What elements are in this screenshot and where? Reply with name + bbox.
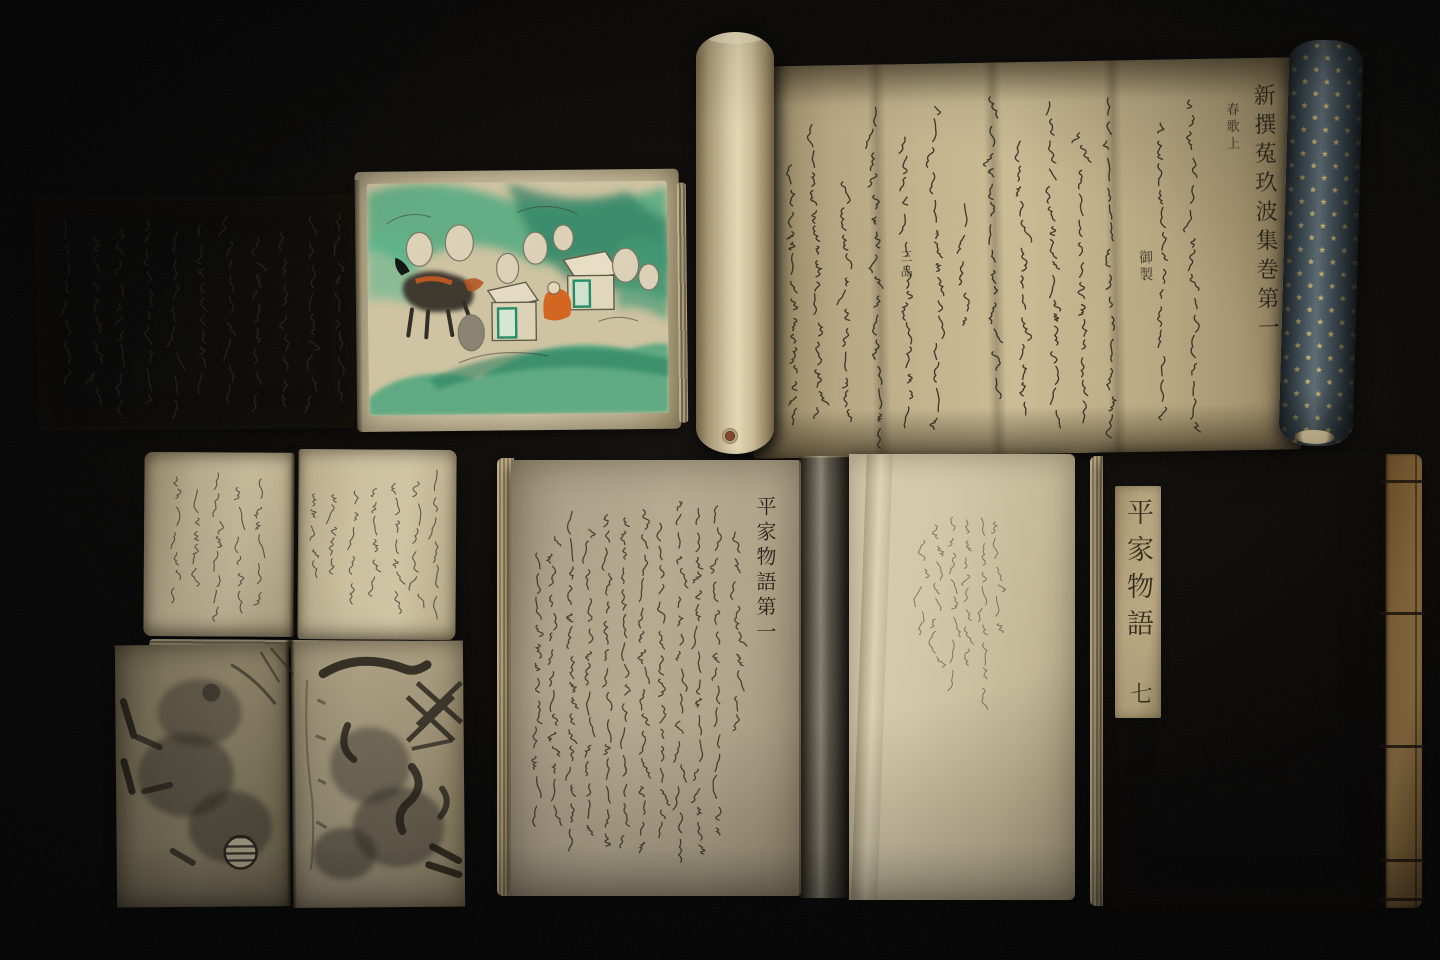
- binding-groove: [1415, 454, 1417, 908]
- stitch-thread: [1379, 612, 1425, 615]
- page-calligraphy: [35, 194, 355, 431]
- title-slip: 平家物語 七: [1115, 486, 1161, 718]
- volume-label: 七: [1128, 682, 1150, 704]
- photograph: 新撰菟玖波集巻第一 春歌上 御製 三品: [0, 0, 1440, 960]
- scroll-section-label: 御製: [1138, 250, 1153, 284]
- painting-page: [355, 169, 682, 432]
- stab-binding: [1385, 454, 1422, 908]
- book-cover: 平家物語 七: [1101, 452, 1393, 910]
- heike-closed-volume: 平家物語 七: [1090, 452, 1428, 910]
- cylinder-shading: [1278, 39, 1363, 447]
- title-slip-text: 平家物語: [1124, 498, 1151, 646]
- page-edges: [677, 183, 689, 423]
- fold-crease: [851, 454, 893, 901]
- roller-core: [722, 428, 738, 444]
- print-left-page: [115, 644, 291, 908]
- scroll-patterned-cover: [1278, 39, 1363, 447]
- scroll-section-label: 春歌上: [1224, 102, 1238, 153]
- illustrated-book: [29, 177, 688, 440]
- heike-heading: 平家物語第一: [755, 496, 775, 646]
- stitch-thread: [1379, 480, 1425, 483]
- scroll-title: 新撰菟玖波集巻第一: [1251, 84, 1278, 345]
- binding-groove: [1383, 454, 1386, 908]
- small-notebook: [139, 446, 462, 646]
- print-right-page: [291, 640, 465, 907]
- heike-open-volume: 平家物語第一: [497, 452, 1082, 902]
- scroll-roller-end: [696, 32, 774, 454]
- center-fold: [799, 456, 851, 898]
- paper-crease: [983, 62, 1008, 454]
- painting: [367, 181, 669, 416]
- book-gutter: [347, 180, 364, 432]
- calligraphy-page: [35, 194, 355, 431]
- stitch-thread: [1379, 898, 1425, 901]
- scroll-paper: 新撰菟玖波集巻第一 春歌上 御製 三品: [747, 57, 1302, 459]
- painting-art: [367, 181, 669, 416]
- stitch-thread: [1379, 745, 1425, 748]
- paper-crease: [867, 64, 892, 456]
- scroll-calligraphy: [747, 57, 1302, 459]
- handscroll: 新撰菟玖波集巻第一 春歌上 御製 三品: [694, 28, 1362, 458]
- heike-right-page: [849, 454, 1075, 900]
- stitch-thread: [1379, 859, 1425, 862]
- woodblock-booklet: [111, 638, 471, 913]
- book-gutter: [289, 447, 300, 643]
- notebook-left-page: [143, 452, 294, 637]
- scroll-section-label: 三品: [900, 250, 913, 280]
- paper-crease: [1103, 60, 1128, 452]
- notebook-right-page: [297, 449, 456, 640]
